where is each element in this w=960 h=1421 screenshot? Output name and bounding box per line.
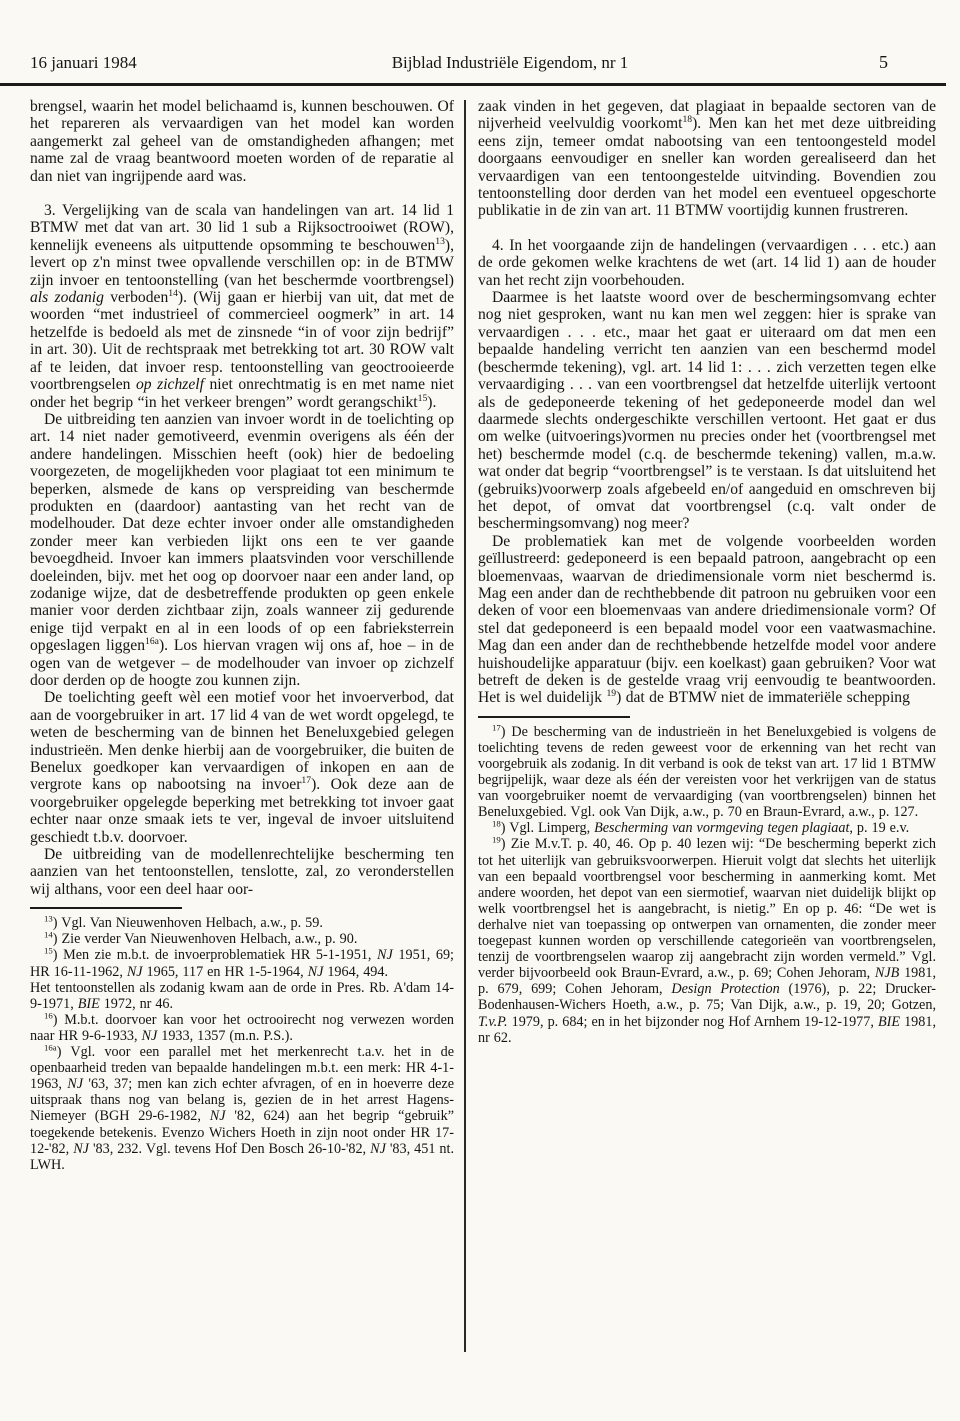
paragraph-section-4: 4. In het voorgaande zijn de handelingen… xyxy=(478,237,936,289)
paragraph-toelichting-motief: De toelichting geeft wèl een motief voor… xyxy=(30,689,454,846)
left-column-body: brengsel, waarin het model belichaamd is… xyxy=(30,98,454,898)
paragraph-beschermingsomvang: Daarmee is het laatste woord over de bes… xyxy=(478,289,936,533)
footnote-15: 15) Men zie m.b.t. de invoerproblematiek… xyxy=(30,947,454,979)
right-column-footnotes: 17) De bescherming van de industrieën in… xyxy=(478,724,936,1046)
journal-page: 16 januari 1984 Bijblad Industriële Eige… xyxy=(0,0,960,1421)
paragraph-section-3: 3. Vergelijking van de scala van handeli… xyxy=(30,202,454,411)
paragraph-uitbreiding-invoer: De uitbreiding ten aanzien van invoer wo… xyxy=(30,411,454,690)
header-page-number: 5 xyxy=(850,52,930,73)
header-date: 16 januari 1984 xyxy=(30,53,290,73)
footnote-14: 14) Zie verder Van Nieuwenhoven Helbach,… xyxy=(30,931,454,947)
footnote-13: 13) Vgl. Van Nieuwenhoven Helbach, a.w.,… xyxy=(30,915,454,931)
paragraph-tentoonstellen: De uitbreiding van de modellenrechtelijk… xyxy=(30,846,454,898)
footnote-16a: 16a) Vgl. voor een parallel met het merk… xyxy=(30,1044,454,1173)
right-column-body: zaak vinden in het gegeven, dat plagiaat… xyxy=(478,98,936,707)
paragraph-continuation: brengsel, waarin het model belichaamd is… xyxy=(30,98,454,185)
two-column-layout: brengsel, waarin het model belichaamd is… xyxy=(0,86,960,1352)
paragraph-oorzaak-vervolg: zaak vinden in het gegeven, dat plagiaat… xyxy=(478,98,936,220)
paragraph-voorbeelden: De problematiek kan met de volgende voor… xyxy=(478,533,936,707)
footnote-18: 18) Vgl. Limperg, Bescherming van vormge… xyxy=(478,820,936,836)
right-column: zaak vinden in het gegeven, dat plagiaat… xyxy=(478,98,936,1046)
left-column-footnotes: 13) Vgl. Van Nieuwenhoven Helbach, a.w.,… xyxy=(30,915,454,1173)
footnote-19: 19) Zie M.v.T. p. 40, 46. Op p. 40 lezen… xyxy=(478,836,936,1045)
column-divider xyxy=(464,100,466,1352)
footnote-16: 16) M.b.t. doorvoer kan voor het octrooi… xyxy=(30,1012,454,1044)
right-footnote-rule xyxy=(478,716,630,718)
page-header: 16 januari 1984 Bijblad Industriële Eige… xyxy=(0,0,960,73)
header-journal-title: Bijblad Industriële Eigendom, nr 1 xyxy=(290,53,850,73)
footnote-15-vervolg: Het tentoonstellen als zodanig kwam aan … xyxy=(30,980,454,1012)
left-footnote-rule xyxy=(30,907,182,909)
footnote-17: 17) De bescherming van de industrieën in… xyxy=(478,724,936,821)
left-column: brengsel, waarin het model belichaamd is… xyxy=(30,98,454,1173)
